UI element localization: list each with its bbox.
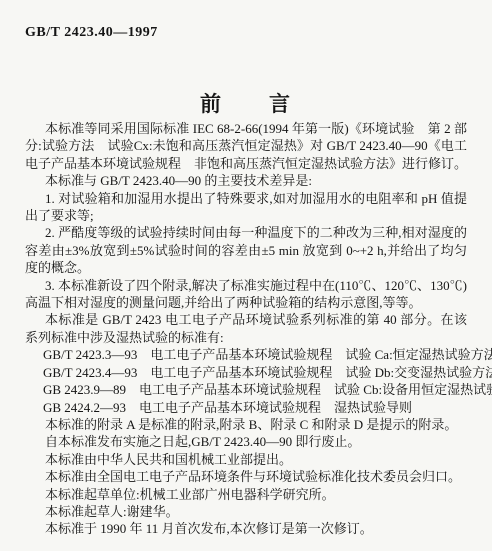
reference-standard: GB 2423.9—89 电工电子产品基本环境试验规程 试验 Cb:设备用恒定湿… [25,381,467,398]
paragraph-under-jurisdiction: 本标准由全国电工电子产品环境条件与环境试验标准化技术委员会归口。 [25,468,467,485]
document-body: 本标准等同采用国际标准 IEC 68-2-66(1994 年第一版)《环境试验 … [25,120,467,538]
reference-standard: GB/T 2423.3—93 电工电子产品基本环境试验规程 试验 Ca:恒定湿热… [25,346,467,363]
paragraph-annexes: 本标准的附录 A 是标准的附录,附录 B、附录 C 和附录 D 是提示的附录。 [25,416,467,433]
paragraph-difference-1: 1. 对试验箱和加湿用水提出了特殊要求,如对加湿用水的电阻率和 pH 值提出了要… [25,190,467,225]
paragraph-difference-3: 3. 本标准新设了四个附录,解决了标准实施过程中在(110℃、120℃、130℃… [25,277,467,312]
paragraph-drafter: 本标准起草人:谢建华。 [25,503,467,520]
paragraph-difference-2: 2. 严酷度等级的试验持续时间由每一种温度下的二种改为三种,相对湿度的容差由±3… [25,224,467,276]
paragraph-drafting-org: 本标准起草单位:机械工业部广州电器科学研究所。 [25,486,467,503]
page-title: 前 言 [0,88,492,118]
paragraph-scope: 本标准等同采用国际标准 IEC 68-2-66(1994 年第一版)《环境试验 … [25,120,467,172]
paragraph-supersedes: 自本标准发布实施之日起,GB/T 2423.40—90 即行废止。 [25,433,467,450]
paragraph-proposed-by: 本标准由中华人民共和国机械工业部提出。 [25,451,467,468]
paragraph-series-intro: 本标准是 GB/T 2423 电工电子产品环境试验系列标准的第 40 部分。在该… [25,311,467,346]
reference-standard: GB/T 2423.4—93 电工电子产品基本环境试验规程 试验 Db:交变湿热… [25,364,467,381]
paragraph-history: 本标准于 1990 年 11 月首次发布,本次修订是第一次修订。 [25,520,467,537]
standard-number: GB/T 2423.40—1997 [25,25,158,41]
reference-standard: GB 2424.2—93 电工电子产品基本环境试验规程 湿热试验导则 [25,399,467,416]
paragraph-differences-intro: 本标准与 GB/T 2423.40—90 的主要技术差异是: [25,172,467,189]
document-page: GB/T 2423.40—1997 前 言 本标准等同采用国际标准 IEC 68… [0,0,492,551]
